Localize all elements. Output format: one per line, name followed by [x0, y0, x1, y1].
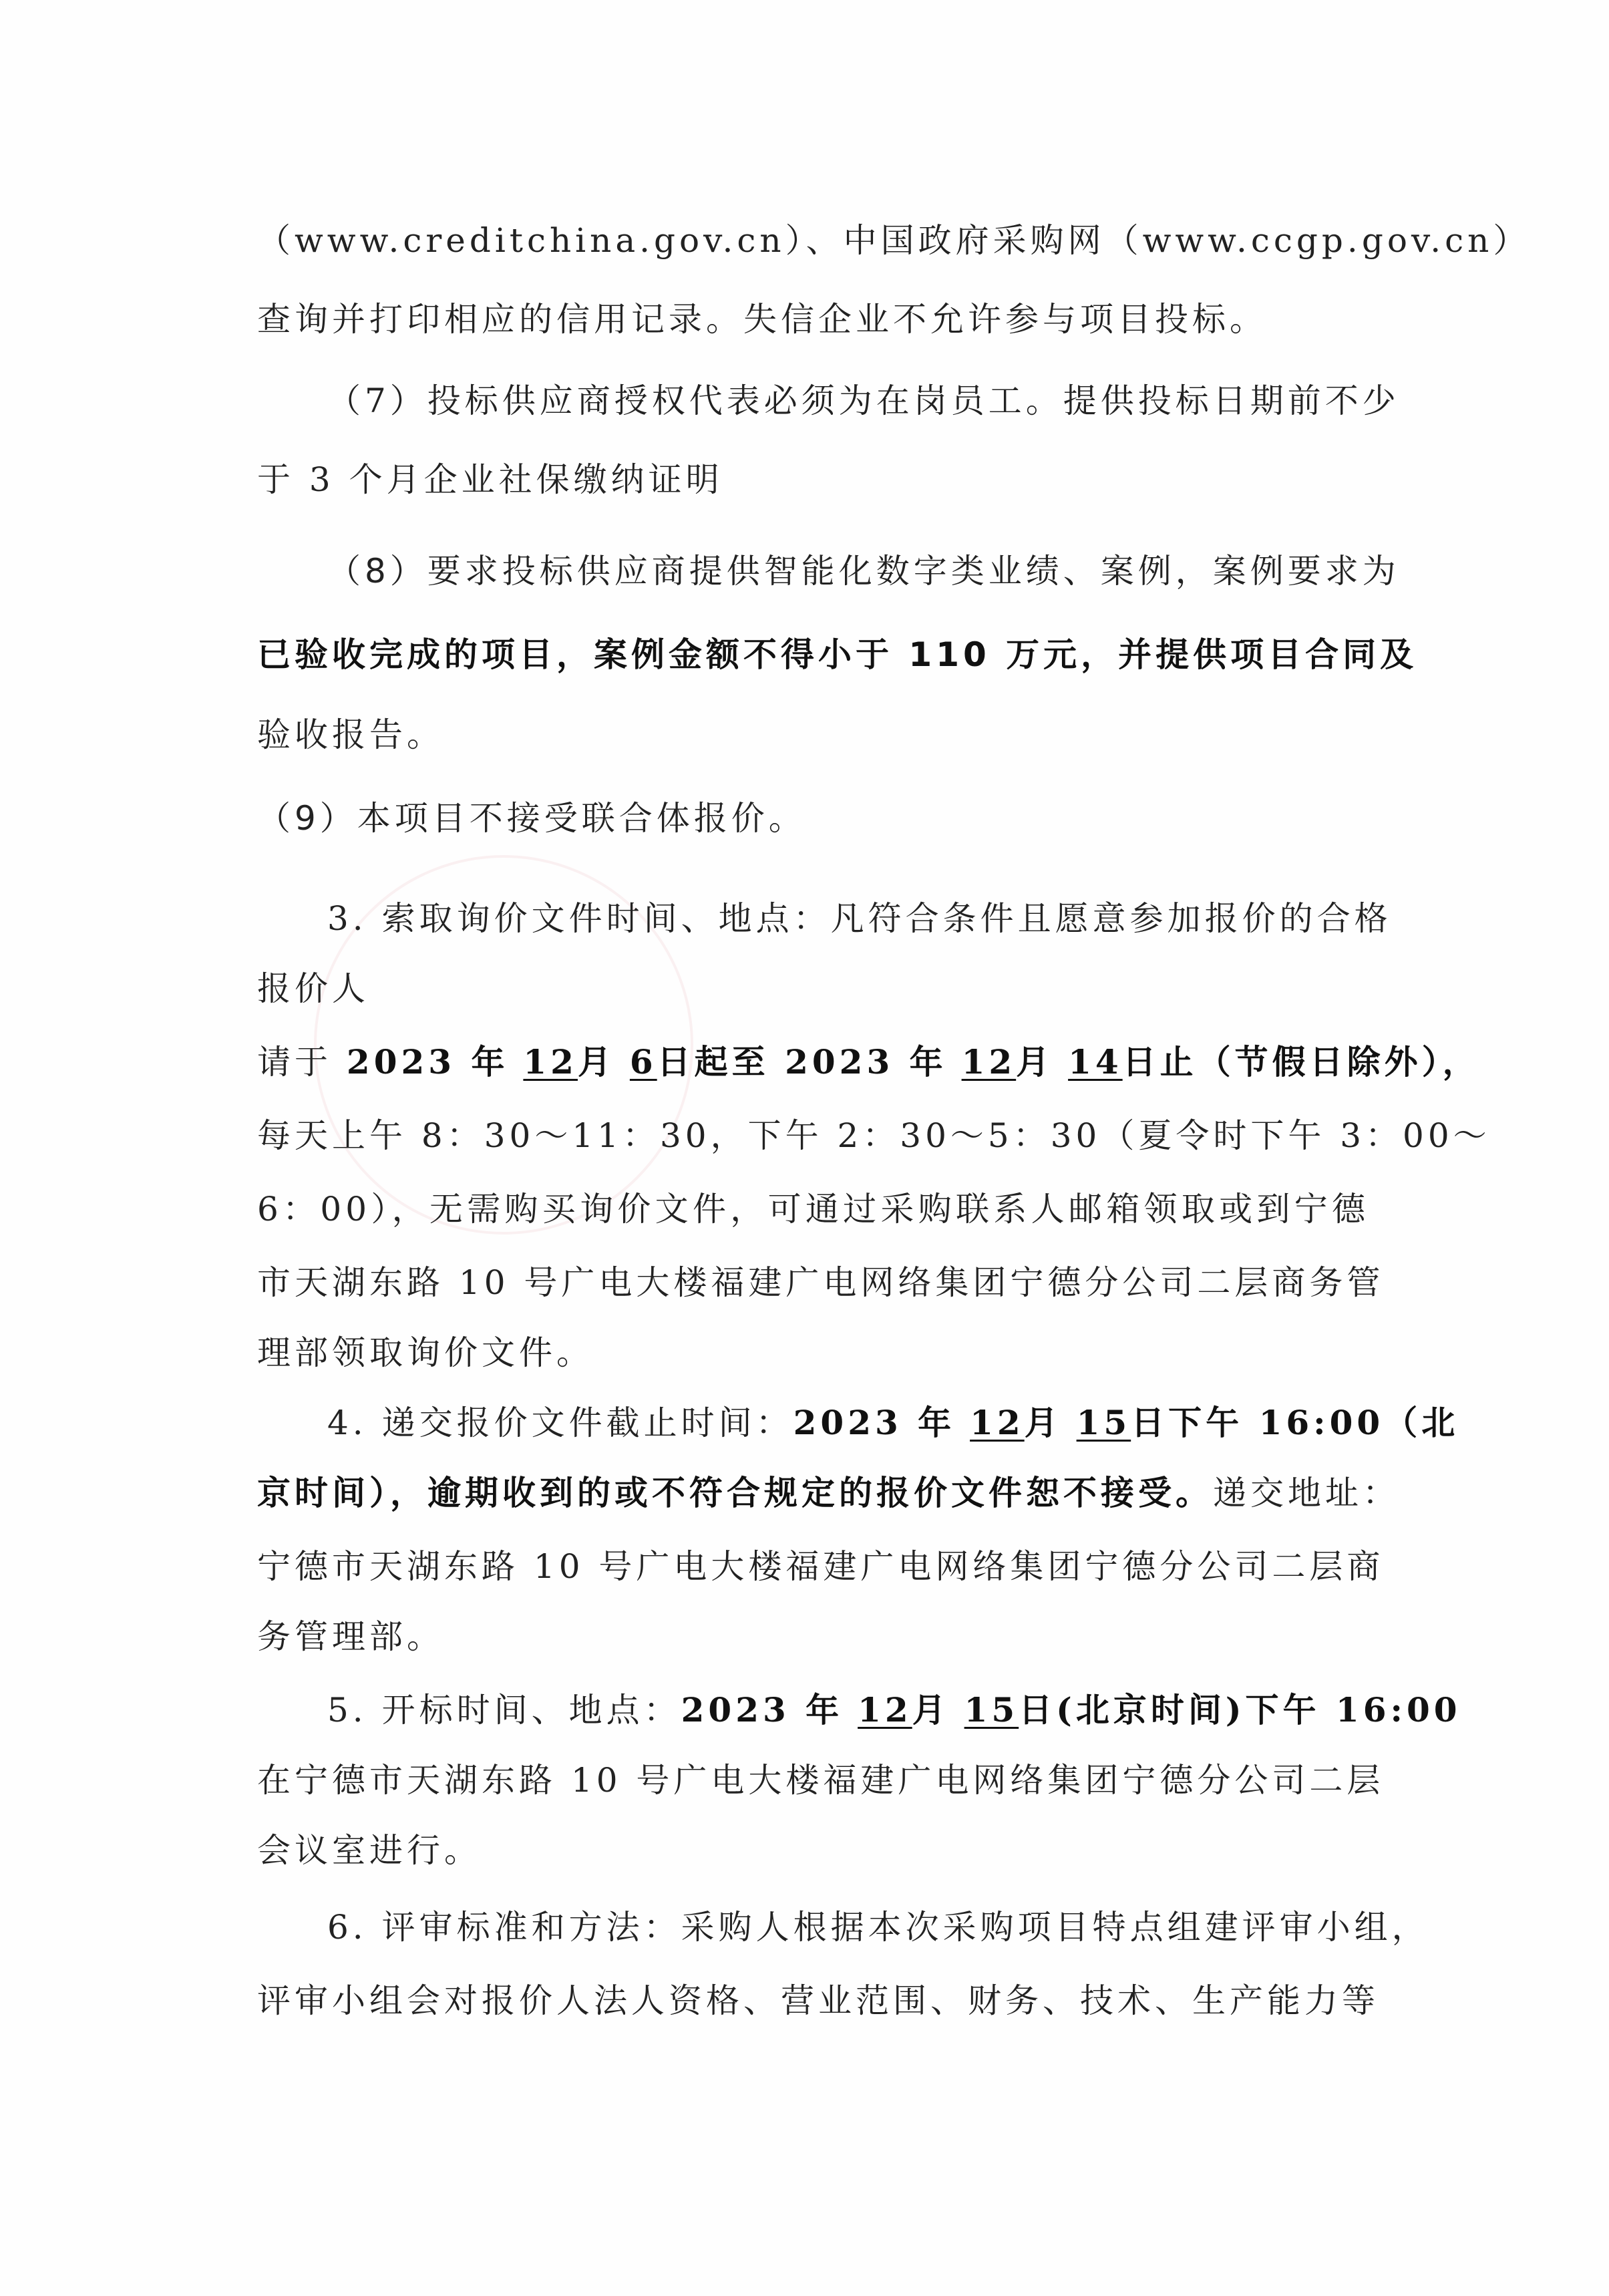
evaluation-label: 6. 评审标准和方法： [327, 1908, 681, 1947]
start-year: 2023 年 [347, 1042, 509, 1082]
date-range-middle: 日起至 2023 年 [657, 1042, 947, 1082]
month-label: 月 [578, 1042, 615, 1082]
item-7-line-2: 于 3 个月企业社保缴纳证明 [257, 456, 1379, 503]
deadline-time: 日下午 16:00（北 [1131, 1403, 1459, 1442]
section-4-last-line: 务管理部。 [257, 1613, 1379, 1660]
item-8-line-1: （8）要求投标供应商提供智能化数字类业绩、案例，案例要求为 [327, 548, 1369, 595]
section-4-line-1: 4. 递交报价文件截止时间：2023 年 12月 15日下午 16:00（北 [327, 1400, 1449, 1446]
deadline-day: 15 [1077, 1403, 1131, 1442]
text-line-credit-sites: （www.creditchina.gov.cn）、中国政府采购网（www.ccg… [257, 217, 1369, 264]
evaluation-text: 采购人根据本次采购项目特点组建评审小组， [681, 1908, 1429, 1947]
item-8-line-2: 已验收完成的项目，案例金额不得小于 110 万元，并提供项目合同及 [257, 631, 1369, 678]
end-month: 12 [962, 1042, 1017, 1082]
section-3-hours-line: 每天上午 8：30～11：30，下午 2：30～5：30（夏令时下午 3：00～ [257, 1112, 1369, 1159]
section-3-line-1: 3. 索取询价文件时间、地点：凡符合条件且愿意参加报价的合格 [327, 895, 1369, 942]
document-page: （www.creditchina.gov.cn）、中国政府采购网（www.ccg… [0, 0, 1609, 2296]
deadline-month: 12 [970, 1403, 1025, 1442]
section-6-line-2: 评审小组会对报价人法人资格、营业范围、财务、技术、生产能力等 [257, 1977, 1369, 2024]
item-9-line: （9）本项目不接受联合体报价。 [257, 795, 1379, 842]
section-3-date-line: 请于 2023 年 12月 6日起至 2023 年 12月 14日止（节假日除外… [257, 1039, 1379, 1086]
date-prefix: 请于 [257, 1043, 332, 1082]
item-7-line-1: （7）投标供应商授权代表必须为在岗员工。提供投标日期前不少 [327, 377, 1369, 424]
deadline-month-label: 月 [1025, 1403, 1062, 1442]
section-5-line-1: 5. 开标时间、地点：2023 年 12月 15日(北京时间)下午 16:00 [327, 1687, 1449, 1734]
section-3-address-line: 市天湖东路 10 号广电大楼福建广电网络集团宁德分公司二层商务管 [257, 1259, 1369, 1306]
section-5-address-line: 在宁德市天湖东路 10 号广电大楼福建广电网络集团宁德分公司二层 [257, 1757, 1369, 1804]
start-day: 6 [630, 1042, 657, 1082]
opening-time: 日(北京时间)下午 16:00 [1019, 1690, 1461, 1730]
section-3-last-line: 理部领取询价文件。 [257, 1329, 1379, 1376]
opening-year: 2023 年 [681, 1690, 844, 1730]
section-5-last-line: 会议室进行。 [257, 1827, 1379, 1874]
section-4-address-line: 宁德市天湖东路 10 号广电大楼福建广电网络集团宁德分公司二层商 [257, 1543, 1369, 1590]
section-3-email-line: 6：00），无需购买询价文件，可通过采购联系人邮箱领取或到宁德 [257, 1186, 1369, 1233]
section-6-line-1: 6. 评审标准和方法：采购人根据本次采购项目特点组建评审小组， [327, 1904, 1449, 1951]
section-3-line-2: 报价人 [257, 965, 1379, 1012]
opening-month-label: 月 [912, 1690, 950, 1730]
opening-label: 5. 开标时间、地点： [327, 1691, 681, 1730]
start-month: 12 [523, 1042, 578, 1082]
date-range-suffix: 日止（节假日除外）， [1123, 1042, 1480, 1082]
opening-day: 15 [964, 1690, 1019, 1730]
deadline-year: 2023 年 [793, 1403, 956, 1442]
submission-address-label: 递交地址： [1213, 1474, 1400, 1512]
text-line-credit-print: 查询并打印相应的信用记录。失信企业不允许参与项目投标。 [257, 296, 1379, 343]
section-4-line-2: 京时间），逾期收到的或不符合规定的报价文件恕不接受。递交地址： [257, 1470, 1379, 1516]
item-8-line-3: 验收报告。 [257, 711, 1379, 758]
late-submission-notice: 京时间），逾期收到的或不符合规定的报价文件恕不接受。 [257, 1474, 1213, 1512]
end-day: 14 [1068, 1042, 1123, 1082]
opening-month: 12 [858, 1690, 912, 1730]
deadline-label: 4. 递交报价文件截止时间： [327, 1404, 793, 1442]
month-label-2: 月 [1016, 1042, 1053, 1082]
